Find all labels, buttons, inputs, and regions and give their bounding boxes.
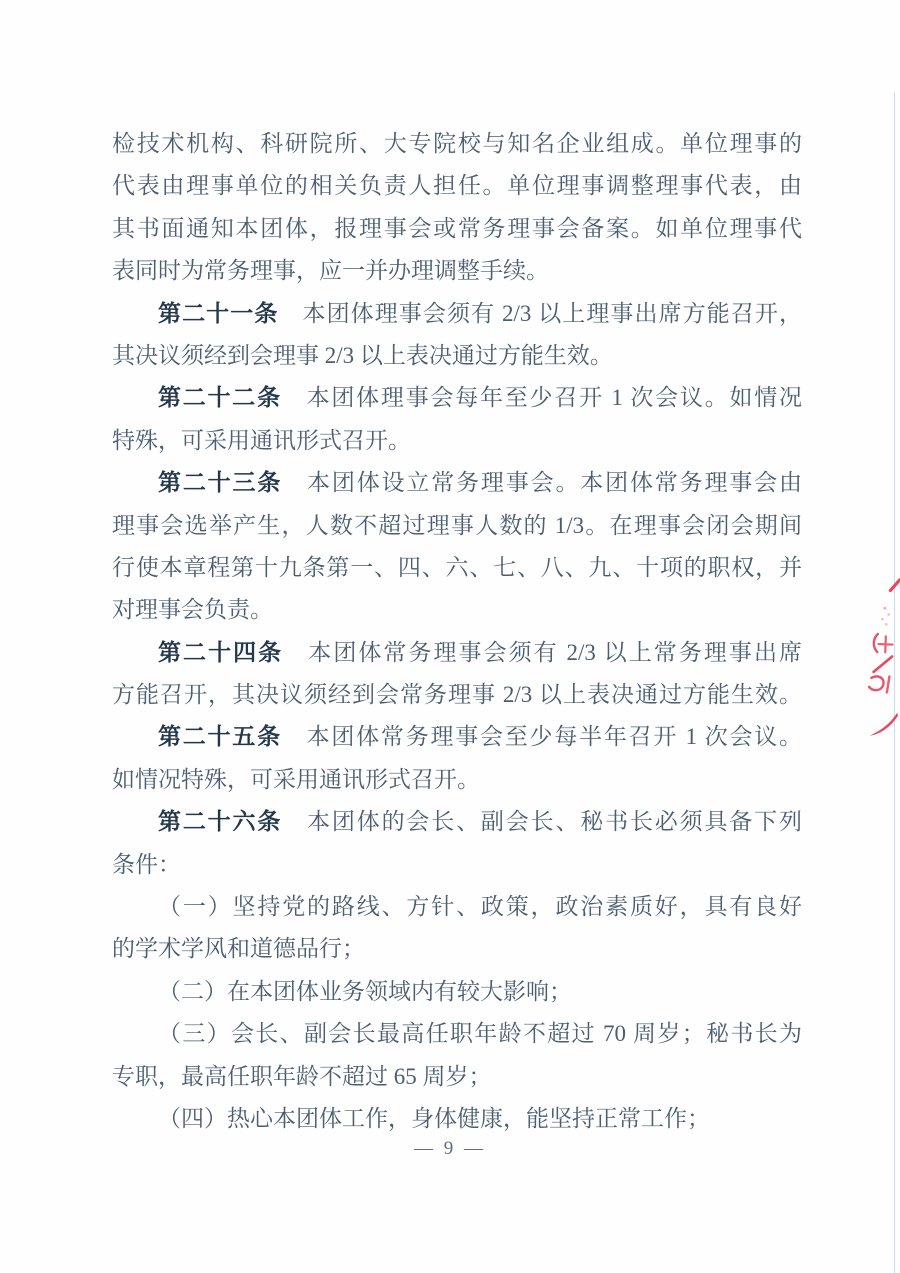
text-line: 的学术学风和道德品行； — [112, 928, 802, 970]
page-number: — 9 — — [0, 1138, 900, 1160]
text-segment: 理事会选举产生，人数不超过理事人数的 1/3。在理事会闭会期间 — [112, 513, 802, 538]
text-segment: 方能召开，其决议须经到会常务理事 2/3 以上表决通过方能生效。 — [112, 682, 802, 707]
text-segment: 其书面通知本团体，报理事会或常务理事会备案。如单位理事代 — [112, 216, 802, 241]
text-line: 表同时为常务理事，应一并办理调整手续。 — [112, 250, 802, 292]
document-body: 检技术机构、科研院所、大专院校与知名企业组成。单位理事的代表由理事单位的相关负责… — [112, 123, 802, 1140]
text-line: 第二十三条 本团体设立常务理事会。本团体常务理事会由 — [112, 462, 802, 504]
text-segment: 条件： — [112, 852, 181, 877]
text-segment: 特殊，可采用通讯形式召开。 — [112, 428, 411, 453]
text-segment: （四）热心本团体工作，身体健康，能坚持正常工作； — [158, 1106, 710, 1131]
article-heading: 第二十六条 — [158, 809, 282, 834]
text-line: 如情况特殊，可采用通讯形式召开。 — [112, 759, 802, 801]
text-segment: （二）在本团体业务领域内有较大影响； — [158, 979, 572, 1004]
text-line: 第二十六条 本团体的会长、副会长、秘书长必须具备下列 — [112, 801, 802, 843]
text-segment: 本团体的会长、副会长、秘书长必须具备下列 — [282, 809, 802, 834]
text-line: 代表由理事单位的相关负责人担任。单位理事调整理事代表，由 — [112, 165, 802, 207]
text-line: （四）热心本团体工作，身体健康，能坚持正常工作； — [112, 1098, 802, 1140]
text-line: （二）在本团体业务领域内有较大影响； — [112, 971, 802, 1013]
article-heading: 第二十四条 — [158, 640, 283, 665]
text-segment: 的学术学风和道德品行； — [112, 936, 365, 961]
article-heading: 第二十三条 — [158, 470, 282, 495]
text-segment: 本团体设立常务理事会。本团体常务理事会由 — [282, 470, 802, 495]
text-segment: 其决议须经到会理事 2/3 以上表决通过方能生效。 — [112, 343, 613, 368]
text-line: 检技术机构、科研院所、大专院校与知名企业组成。单位理事的 — [112, 123, 802, 165]
text-segment: 本团体理事会须有 2/3 以上理事出席方能召开， — [278, 301, 802, 326]
text-line: 专职，最高任职年龄不超过 65 周岁； — [112, 1056, 802, 1098]
text-segment: 本团体常务理事会须有 2/3 以上常务理事出席 — [283, 640, 802, 665]
text-line: 第二十二条 本团体理事会每年至少召开 1 次会议。如情况 — [112, 377, 802, 419]
text-line: 方能召开，其决议须经到会常务理事 2/3 以上表决通过方能生效。 — [112, 674, 802, 716]
text-line: 第二十四条 本团体常务理事会须有 2/3 以上常务理事出席 — [112, 632, 802, 674]
text-segment: 本团体理事会每年至少召开 1 次会议。如情况 — [282, 385, 802, 410]
article-heading: 第二十一条 — [158, 301, 278, 326]
text-segment: 表同时为常务理事，应一并办理调整手续。 — [112, 258, 549, 283]
text-segment: 检技术机构、科研院所、大专院校与知名企业组成。单位理事的 — [112, 131, 802, 156]
text-segment: 行使本章程第十九条第一、四、六、七、八、九、十项的职权，并 — [112, 555, 802, 580]
text-segment: 专职，最高任职年龄不超过 65 周岁； — [112, 1064, 492, 1089]
document-page: 检技术机构、科研院所、大专院校与知名企业组成。单位理事的代表由理事单位的相关负责… — [0, 0, 900, 1273]
text-line: 行使本章程第十九条第一、四、六、七、八、九、十项的职权，并 — [112, 547, 802, 589]
text-segment: （三）会长、副会长最高任职年龄不超过 70 周岁；秘书长为 — [158, 1021, 802, 1046]
text-line: 其书面通知本团体，报理事会或常务理事会备案。如单位理事代 — [112, 208, 802, 250]
text-line: （三）会长、副会长最高任职年龄不超过 70 周岁；秘书长为 — [112, 1013, 802, 1055]
text-segment: 代表由理事单位的相关负责人担任。单位理事调整理事代表，由 — [112, 173, 802, 198]
text-line: 对理事会负责。 — [112, 589, 802, 631]
text-line: 特殊，可采用通讯形式召开。 — [112, 420, 802, 462]
text-line: （一）坚持党的路线、方针、政策，政治素质好，具有良好 — [112, 886, 802, 928]
text-line: 理事会选举产生，人数不超过理事人数的 1/3。在理事会闭会期间 — [112, 505, 802, 547]
text-line: 第二十一条 本团体理事会须有 2/3 以上理事出席方能召开， — [112, 293, 802, 335]
text-line: 其决议须经到会理事 2/3 以上表决通过方能生效。 — [112, 335, 802, 377]
text-line: 第二十五条 本团体常务理事会至少每半年召开 1 次会议。 — [112, 716, 802, 758]
text-line: 条件： — [112, 844, 802, 886]
text-segment: 如情况特殊，可采用通讯形式召开。 — [112, 767, 480, 792]
text-segment: 本团体常务理事会至少每半年召开 1 次会议。 — [282, 724, 802, 749]
text-segment: 对理事会负责。 — [112, 597, 273, 622]
article-heading: 第二十五条 — [158, 724, 282, 749]
text-segment: （一）坚持党的路线、方针、政策，政治素质好，具有良好 — [158, 894, 802, 919]
article-heading: 第二十二条 — [158, 385, 282, 410]
red-seal-fragment — [848, 551, 900, 768]
